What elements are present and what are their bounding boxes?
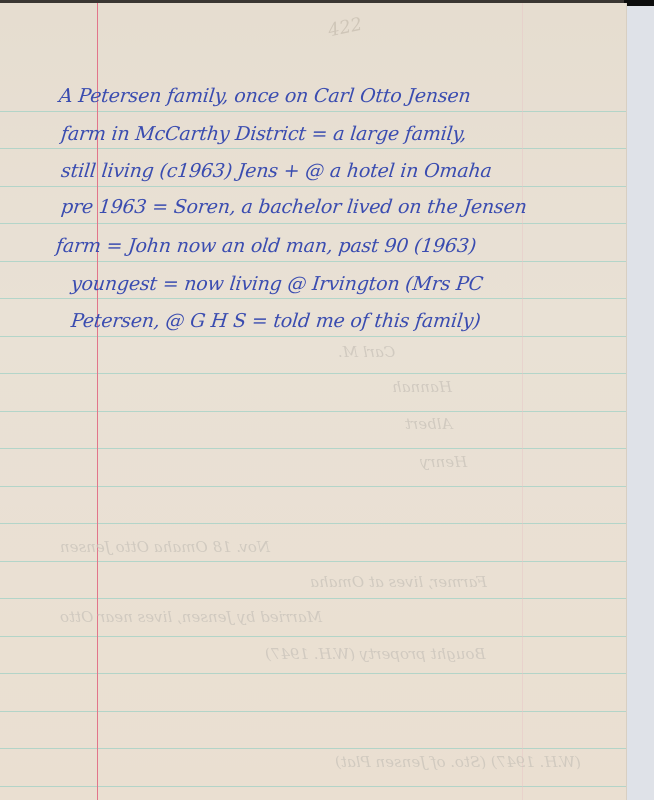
rule-line	[0, 223, 626, 224]
show-through-text: (W.H. 1947) (Sto. of Jensen Plat)	[335, 753, 581, 771]
rule-line	[0, 298, 626, 299]
rule-line	[0, 148, 626, 149]
show-through-text: Married by Jensen, lives near Otto	[60, 608, 322, 626]
handwritten-line-6: youngest = now living @ Irvington (Mrs P…	[70, 273, 484, 295]
handwritten-line-1: A Petersen family, once on Carl Otto Jen…	[58, 85, 472, 107]
rule-line	[0, 486, 626, 487]
show-through-text: Carl M.	[338, 343, 395, 361]
rule-line	[0, 711, 626, 712]
handwritten-line-7: Petersen, @ G H S = told me of this fami…	[70, 310, 482, 332]
rule-line	[0, 561, 626, 562]
rule-line	[0, 261, 626, 262]
page-number: 422	[326, 14, 364, 42]
rule-line	[0, 111, 626, 112]
handwritten-line-4: pre 1963 = Soren, a bachelor lived on th…	[60, 196, 528, 218]
rule-line	[0, 748, 626, 749]
faint-margin-line	[522, 3, 523, 800]
show-through-text: Hannah	[392, 378, 452, 396]
show-through-text: Henry	[420, 453, 467, 471]
rule-line	[0, 373, 626, 374]
show-through-text: Nov. 18 Omaha Otto Jensen	[60, 538, 270, 556]
handwritten-line-5: farm = John now an old man, past 90 (196…	[55, 235, 477, 257]
handwritten-line-2: farm in McCarthy District = a large fami…	[60, 123, 467, 145]
rule-line	[0, 448, 626, 449]
show-through-text: Bought property (W.H. 1947)	[265, 645, 486, 663]
handwritten-line-3: still living (c1963) Jens + @ a hotel in…	[60, 160, 493, 182]
show-through-text: Albert	[405, 415, 452, 433]
rule-line	[0, 636, 626, 637]
notebook-page: 422 Carl M. Hannah Albert Henry Nov. 18 …	[0, 3, 627, 800]
rule-line	[0, 336, 626, 337]
rule-line	[0, 786, 626, 787]
show-through-text: Farmer, lives at Omaha	[310, 573, 487, 591]
scan-corner	[624, 0, 654, 6]
rule-line	[0, 523, 626, 524]
rule-line	[0, 598, 626, 599]
rule-line	[0, 673, 626, 674]
rule-line	[0, 186, 626, 187]
rule-line	[0, 411, 626, 412]
